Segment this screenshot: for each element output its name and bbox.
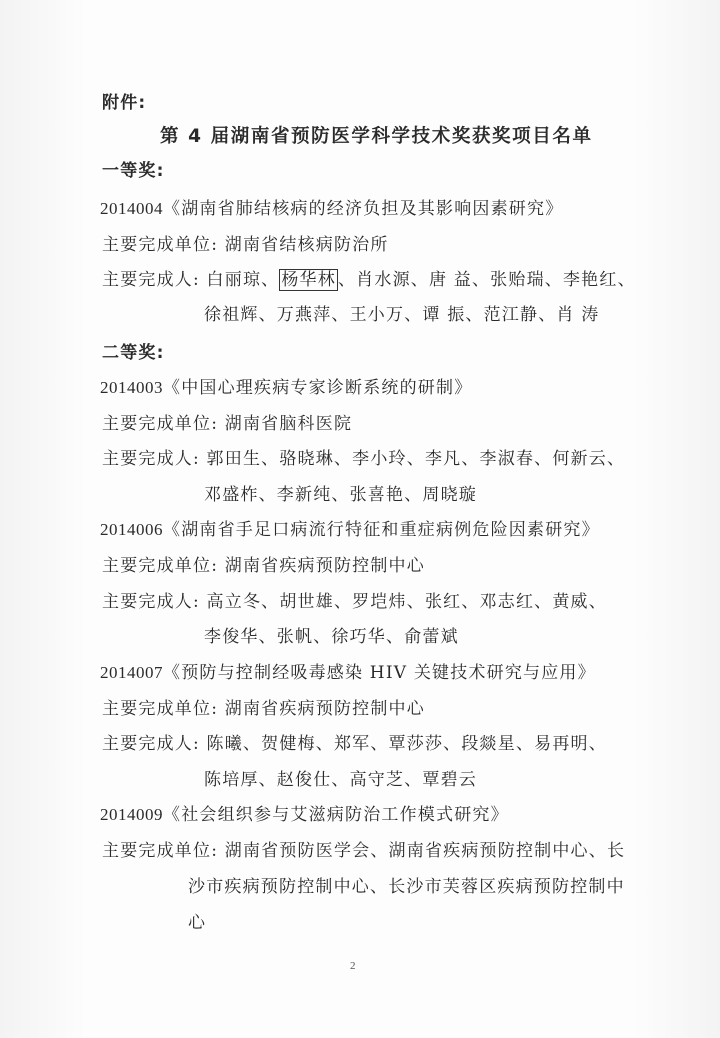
people-continuation: 邓盛柞、李新纯、张喜艳、周晓璇	[204, 484, 477, 506]
second-prize-heading: 二等奖:	[102, 342, 165, 364]
units-value: 湖南省疾病预防控制中心	[225, 699, 425, 719]
highlighted-name-box: 杨华林	[279, 269, 338, 291]
document-title: 第 4 届湖南省预防医学科学技术奖获奖项目名单	[160, 126, 593, 148]
units-value: 湖南省预防医学会、湖南省疾病预防控制中心、长	[225, 841, 625, 861]
units-continuation: 沙市疾病预防控制中心、长沙市芙蓉区疾病预防控制中	[188, 876, 625, 898]
project-units-2014006: 主要完成单位: 湖南省疾病预防控制中心	[102, 555, 425, 577]
unit-label: 主要完成单位:	[102, 556, 218, 576]
units-value: 湖南省疾病预防控制中心	[225, 556, 425, 576]
project-name: 《湖南省手足口病流行特征和重症病例危险因素研究》	[163, 520, 600, 540]
unit-label: 主要完成单位:	[102, 414, 218, 434]
document-page: 附件: 第 4 届湖南省预防医学科学技术奖获奖项目名单 一等奖: 2014004…	[0, 0, 720, 1038]
people-text: 白丽琼、	[207, 270, 280, 290]
units-value: 湖南省脑科医院	[225, 414, 352, 434]
units-continuation: 心	[188, 912, 206, 934]
unit-label: 主要完成单位:	[102, 699, 218, 719]
project-name: 《中国心理疾病专家诊断系统的研制》	[163, 378, 472, 398]
people-text: 高立冬、胡世雄、罗垲炜、张红、邓志红、黄威、	[207, 592, 607, 612]
project-people-2014003: 主要完成人: 郭田生、骆晓琳、李小玲、李凡、李淑春、何新云、	[102, 448, 625, 470]
project-title-2014003: 2014003《中国心理疾病专家诊断系统的研制》	[100, 377, 472, 399]
first-prize-heading: 一等奖:	[102, 160, 165, 182]
people-text: 、肖水源、唐 益、张贻瑞、李艳红、	[338, 270, 636, 290]
project-units-2014007: 主要完成单位: 湖南省疾病预防控制中心	[102, 698, 425, 720]
people-text: 陈曦、贺健梅、郑军、覃莎莎、段燚星、易再明、	[207, 734, 607, 754]
project-units-2014009: 主要完成单位: 湖南省预防医学会、湖南省疾病预防控制中心、长	[102, 840, 625, 862]
project-code: 2014006	[100, 520, 163, 539]
people-label: 主要完成人:	[102, 449, 200, 469]
unit-label: 主要完成单位:	[102, 841, 218, 861]
attachment-label: 附件:	[102, 92, 146, 114]
unit-label: 主要完成单位:	[102, 235, 218, 255]
project-people-2014006: 主要完成人: 高立冬、胡世雄、罗垲炜、张红、邓志红、黄威、	[102, 591, 607, 613]
project-title-2014009: 2014009《社会组织参与艾滋病防治工作模式研究》	[100, 804, 509, 826]
units-value: 湖南省结核病防治所	[225, 235, 389, 255]
project-units-2014004: 主要完成单位: 湖南省结核病防治所	[102, 234, 389, 256]
project-people-2014004: 主要完成人: 白丽琼、杨华林、肖水源、唐 益、张贻瑞、李艳红、	[102, 269, 636, 291]
project-units-2014003: 主要完成单位: 湖南省脑科医院	[102, 413, 352, 435]
project-name: 《湖南省肺结核病的经济负担及其影响因素研究》	[163, 199, 563, 219]
project-name: 《社会组织参与艾滋病防治工作模式研究》	[163, 805, 509, 825]
people-label: 主要完成人:	[102, 734, 200, 754]
people-continuation: 李俊华、张帆、徐巧华、俞蕾斌	[204, 626, 459, 648]
project-title-2014006: 2014006《湖南省手足口病流行特征和重症病例危险因素研究》	[100, 519, 600, 541]
people-continuation: 陈培厚、赵俊仕、高守芝、覃碧云	[204, 769, 477, 791]
people-label: 主要完成人:	[102, 270, 200, 290]
project-code: 2014009	[100, 805, 163, 824]
people-text: 郭田生、骆晓琳、李小玲、李凡、李淑春、何新云、	[207, 449, 626, 469]
project-people-2014007: 主要完成人: 陈曦、贺健梅、郑军、覃莎莎、段燚星、易再明、	[102, 733, 607, 755]
project-title-2014004: 2014004《湖南省肺结核病的经济负担及其影响因素研究》	[100, 198, 563, 220]
page-number: 2	[350, 960, 356, 972]
project-code: 2014007	[100, 663, 163, 682]
people-label: 主要完成人:	[102, 592, 200, 612]
project-name: 《预防与控制经吸毒感染 HIV 关键技术研究与应用》	[163, 663, 596, 683]
project-code: 2014003	[100, 378, 163, 397]
project-code: 2014004	[100, 199, 163, 218]
project-title-2014007: 2014007《预防与控制经吸毒感染 HIV 关键技术研究与应用》	[100, 662, 596, 684]
people-continuation: 徐祖辉、万燕萍、王小万、谭 振、范江静、肖 涛	[204, 304, 599, 326]
